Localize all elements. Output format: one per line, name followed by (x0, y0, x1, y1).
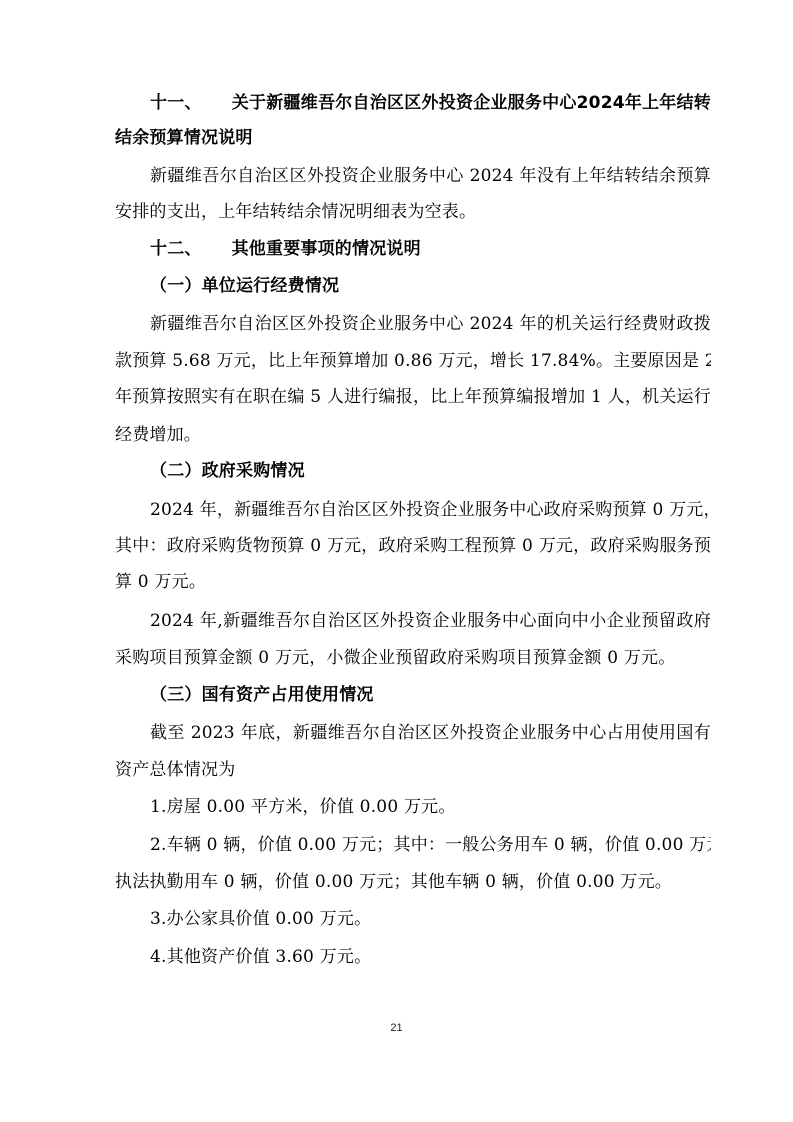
subsection-1-body-line: 新疆维吾尔自治区区外投资企业服务中心 2024 年的机关运行经费财政拨 (150, 313, 711, 335)
asset-item-4: 4.其他资产价值 3.60 万元。 (150, 946, 711, 968)
section-11-heading-line2: 结余预算情况说明 (115, 127, 711, 149)
document-page: 十一、关于新疆维吾尔自治区区外投资企业服务中心2024年上年结转 结余预算情况说… (0, 0, 793, 1122)
asset-item-2-line2: 执法执勤用车 0 辆，价值 0.00 万元；其他车辆 0 辆，价值 0.00 万… (115, 871, 711, 893)
subsection-1-body-line: 经费增加。 (115, 424, 711, 446)
section-12-number: 十二、 (150, 239, 202, 259)
subsection-2-body-line: 2024 年,新疆维吾尔自治区区外投资企业服务中心面向中小企业预留政府 (150, 610, 711, 632)
subsection-3-heading: （三）国有资产占用使用情况 (150, 684, 711, 706)
subsection-1-body-line: 年预算按照实有在职在编 5 人进行编报，比上年预算编报增加 1 人，机关运行 (115, 386, 711, 408)
subsection-2-heading: （二）政府采购情况 (150, 460, 711, 482)
asset-item-2-line1: 2.车辆 0 辆，价值 0.00 万元；其中：一般公务用车 0 辆，价值 0.0… (150, 834, 711, 856)
section-12-heading: 十二、其他重要事项的情况说明 (150, 238, 711, 260)
asset-item-3: 3.办公家具价值 0.00 万元。 (150, 908, 711, 930)
subsection-2-body-line: 其中：政府采购货物预算 0 万元，政府采购工程预算 0 万元，政府采购服务预 (115, 535, 711, 557)
section-12-title: 其他重要事项的情况说明 (232, 239, 421, 259)
subsection-1-body-line: 款预算 5.68 万元，比上年预算增加 0.86 万元，增长 17.84%。主要… (115, 350, 711, 372)
section-11-heading-line1: 十一、关于新疆维吾尔自治区区外投资企业服务中心2024年上年结转 (150, 92, 711, 114)
page-number: 21 (0, 1022, 793, 1034)
subsection-2-body-line: 采购项目预算金额 0 万元，小微企业预留政府采购项目预算金额 0 万元。 (115, 647, 711, 669)
subsection-2-body-line: 算 0 万元。 (115, 571, 711, 593)
section-11-body-line: 新疆维吾尔自治区区外投资企业服务中心 2024 年没有上年结转结余预算 (150, 165, 711, 187)
subsection-1-heading: （一）单位运行经费情况 (150, 275, 711, 297)
asset-item-1: 1.房屋 0.00 平方米，价值 0.00 万元。 (150, 796, 711, 818)
section-11-number: 十一、 (150, 93, 202, 113)
subsection-2-body-line: 2024 年，新疆维吾尔自治区区外投资企业服务中心政府采购预算 0 万元， (150, 499, 711, 521)
subsection-3-body-line: 截至 2023 年底，新疆维吾尔自治区区外投资企业服务中心占用使用国有 (150, 722, 711, 744)
section-11-title: 关于新疆维吾尔自治区区外投资企业服务中心2024年上年结转 (232, 93, 711, 113)
section-11-body-line: 安排的支出，上年结转结余情况明细表为空表。 (115, 201, 711, 223)
subsection-3-body-line: 资产总体情况为 (115, 759, 711, 781)
